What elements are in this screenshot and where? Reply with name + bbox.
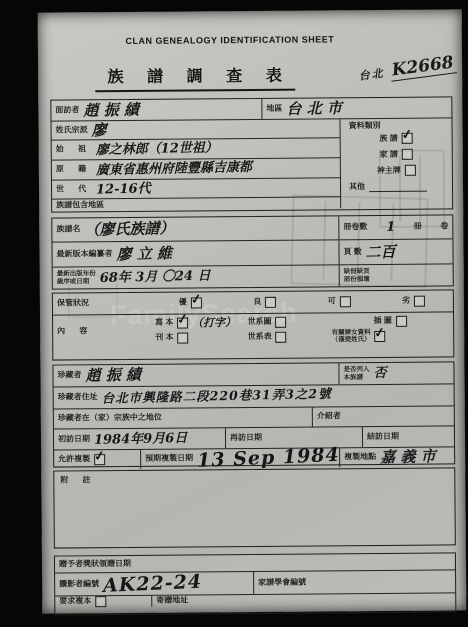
category-option-clan-genealogy: 族 譜 [379,133,412,144]
other-blank-line [369,181,427,192]
admin-table: 贈予者獎狀領贈日期 攝影者編號 AK22-24 家譜學會編號 要求複本 寄贈地址 [54,552,456,615]
first-ancestor-label: 始 祖 [56,146,92,155]
printed-checkbox [177,332,188,343]
origin-value: 廣東省惠州府陸豐縣吉康都 [96,161,252,177]
genealogy-name-value: （廖氏族譜） [84,221,174,238]
photographer-number-label: 攝影者編號 [59,580,99,589]
category-option-other: 其他 [349,181,427,193]
condition-poor: 劣 [402,296,425,307]
manuscript-checkbox [177,317,188,328]
interviewer-value: 趙 振 績 [83,102,139,118]
notes-box: 附 註 [53,467,456,548]
first-ancestor-value: 廖之林郎（12世祖） [96,141,218,157]
listed-in-genealogy-value: 否 [373,367,386,380]
publish-date-label: 最新出版年份 歲序或日期 [57,270,96,285]
coverage-label: 族譜包含地區 [56,201,104,210]
handwritten-reference: 台北 K2668 [305,52,456,91]
generations-value: 12-16代 [96,182,151,196]
notes-label: 附 註 [60,476,96,485]
genealogy-volume-table: 族譜名 （廖氏族譜） 冊卷數 1 冊 卷 最新版本編纂者 廖 立 維 頁 數 二… [51,214,454,289]
manuscript-note: （打字） [192,317,236,329]
content-printed: 刊 本 [155,332,247,344]
condition-excellent-checkbox [191,297,202,308]
genealogy-name-label: 族譜名 [56,226,80,235]
copy-date-value: 13 Sep 1984 [197,446,340,471]
form-title-wrap: 族 譜 調 查 表 [38,62,352,92]
content-lineage-table: 世系表 [248,331,332,343]
award-date-label: 贈予者獎狀領贈日期 [59,560,131,569]
form-title: 族 譜 調 查 表 [95,63,295,93]
category-title: 資料類別 [349,121,444,130]
lineage-chart-checkbox [275,317,286,328]
holder-value: 趙 振 績 [85,367,141,383]
scanned-form-page: CLAN GENEALOGY IDENTIFICATION SHEET 族 譜 … [38,9,467,613]
condition-good: 良 [253,297,276,308]
copy-place-label: 複製地點 [344,453,376,462]
pages-label: 頁 數 [344,248,362,257]
condition-excellent: 優 [179,297,202,308]
content-illustrations: 插 圖 [331,315,449,327]
category-option-family-genealogy: 家 譜 [380,149,413,160]
volume-count-label: 冊卷數 [343,223,367,232]
content-lineage-chart: 世系圖 [247,316,331,328]
volume-count-value: 1 [386,221,395,234]
holder-label: 珍藏者 [57,372,81,381]
request-copy-label: 要求複本 [59,598,91,607]
missing-pages-label: 缺冊缺頁 部份損壞 [344,268,370,283]
photographer-number-value: AK22-24 [103,572,203,595]
reference-location: 台北 [358,67,385,83]
ancestral-tablet-checkbox [405,165,416,176]
content-women-records: 有關婦女資料 （僅提姓氏） [332,328,450,344]
compiler-label: 最新版本編纂者 [57,250,113,259]
volume-unit-ce: 冊 [414,223,422,231]
holder-position-label: 珍藏者在（家）宗族中之地位 [58,414,162,423]
copy-date-label: 預期複製日期 [145,455,193,464]
condition-good-checkbox [265,297,276,308]
mailing-address-label: 寄贈地址 [156,597,188,606]
pages-value: 二百 [366,244,396,260]
material-category-box: 資料類別 族 譜 家 譜 神主牌 其他 [339,118,452,208]
copy-permission-label: 允許複製 [58,456,90,465]
area-value: 台 北 市 [286,100,342,116]
english-header-title: CLAN GENEALOGY IDENTIFICATION SHEET [38,34,422,47]
holder-table: 珍藏者 趙 振 績 是否列入 本族譜 否 珍藏者住址 台北市興隆路二段220巷3… [52,361,455,467]
listed-in-genealogy-label: 是否列入 本族譜 [343,366,369,381]
volume-unit-juan: 卷 [440,223,448,231]
holder-address-value: 台北市興隆路二段220巷31弄3之2號 [102,388,332,406]
compiler-value: 廖 立 維 [116,246,172,262]
content-label: 內 容 [57,327,93,336]
content-manuscript: 寫 本 （打字） [155,317,247,329]
family-genealogy-checkbox [402,149,413,160]
illustrations-checkbox [396,316,407,327]
condition-fair: 可 [328,296,351,307]
condition-fair-checkbox [340,296,351,307]
category-option-ancestral-tablet: 神主牌 [377,165,416,176]
reference-number: K2668 [389,52,457,81]
interviewer-label: 面訪者 [55,106,79,115]
publish-date-value: 68年 3月 〇24 日 [100,270,211,285]
final-visit-label: 結訪日期 [367,433,399,442]
generations-label: 世 代 [56,185,92,194]
request-copy-checkbox [95,596,106,607]
introducer-label: 介紹者 [317,413,341,422]
copy-permission-checkbox [94,454,105,465]
origin-label: 原 籍 [56,166,92,175]
surname-label: 姓氏宗派 [56,126,88,135]
society-number-label: 家譜學會編號 [258,578,306,587]
survey-info-table: 面訪者 趙 振 績 地區 台 北 市 姓氏宗派 廖 始 祖 [50,96,453,212]
lineage-table-checkbox [276,332,287,343]
holder-address-label: 珍藏者住址 [58,394,98,403]
first-visit-value: 1984年9月6日 [94,431,188,446]
condition-content-table: 保管狀況 優 良 可 劣 [52,289,455,360]
first-visit-label: 初訪日期 [58,435,90,444]
women-records-checkbox [375,331,386,342]
surname-value: 廖 [91,123,106,138]
clan-genealogy-checkbox [402,133,413,144]
revisit-label: 再訪日期 [230,434,262,443]
copy-place-value: 嘉 義 市 [380,449,436,465]
condition-poor-checkbox [414,296,425,307]
area-label: 地區 [266,105,282,114]
condition-label: 保管狀況 [57,300,89,309]
